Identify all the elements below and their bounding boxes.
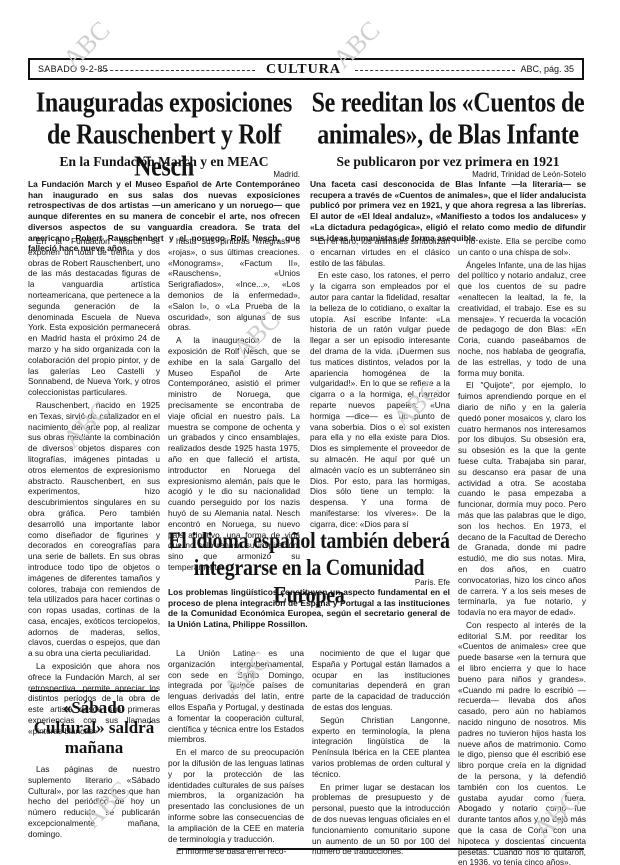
article-idioma-espanol: El idioma español también deberá integra… [168,528,450,630]
page-header: SABADO 9-2-85 CULTURA ABC, pág. 35 [28,58,584,80]
column-idioma-1: La Unión Latina es una organización inte… [168,648,304,859]
paragraph: Con respecto al interés de la editorial … [458,620,586,865]
paragraph: El "Quijote", por ejemplo, lo fuimos apr… [458,380,586,618]
headline-blas-infante: Se reeditan los «Cuentos de animales», d… [310,88,586,166]
paragraph: hasta sus pinturas «negras» o «rojas», o… [168,236,300,333]
paragraph: En primer lugar se destacan los problema… [312,782,450,858]
headline-idioma-espanol: El idioma español también deberá integra… [168,528,450,587]
paragraph: En el marco de su preocupación por la di… [168,747,304,844]
issue-date: SABADO 9-2-85 [38,64,108,74]
paragraph: Rauschenbert, nacido en 1925 en Texas, s… [28,400,160,659]
column-blas-infante-2: no existe. Ella se percibe como un canto… [458,236,586,865]
page-number: ABC, pág. 35 [520,64,574,74]
paragraph: Según Christian Langonne, experto en ter… [312,715,450,780]
sidebar-headline: «Sábado Cultural» saldrá mañana [28,698,160,758]
header-rule-left [100,70,255,71]
dateline-blas-infante: Madrid, Trinidad de León-Sotelo [310,170,586,179]
page-bottom-rule [178,848,584,850]
sidebar-body: Las páginas de nuestro suplemento litera… [28,764,160,840]
column-rauschenbert-2: hasta sus pinturas «negras» o «rojas», o… [168,236,300,575]
header-rule-right [355,70,515,71]
newspaper-page: SABADO 9-2-85 CULTURA ABC, pág. 35 Inaug… [28,58,588,865]
paragraph: En este caso, los ratones, el perro y la… [310,270,450,529]
column-blas-infante-1: En el libro, los animales simbolizan o e… [310,236,450,532]
paragraph: La Unión Latina es una organización inte… [168,648,304,745]
section-title: CULTURA [266,62,341,78]
paragraph: no existe. Ella se percibe como un canto… [458,236,586,258]
headline-rauschenbert: Inauguradas exposiciones de Rauschenbert… [28,88,300,166]
article-blas-infante: Se reeditan los «Cuentos de animales», d… [310,88,586,243]
paragraph: En el libro, los animales simbolizan o e… [310,236,450,268]
sidebar-top-rule [30,690,158,692]
sidebar-sabado-cultural: «Sábado Cultural» saldrá mañana Las pági… [28,698,160,840]
article-rauschenbert: Inauguradas exposiciones de Rauschenbert… [28,88,300,254]
paragraph: En la Fundación March se exponen un tota… [28,236,160,398]
lead-blas-infante: Una faceta casi desconocida de Blas Infa… [310,179,586,243]
paragraph: nocimiento de que el lugar que España y … [312,648,450,713]
column-idioma-2: nocimiento de que el lugar que España y … [312,648,450,859]
paragraph: Ángeles Infante, una de las hijas del po… [458,260,586,379]
column-rauschenbert-1: En la Fundación March se exponen un tota… [28,236,160,739]
